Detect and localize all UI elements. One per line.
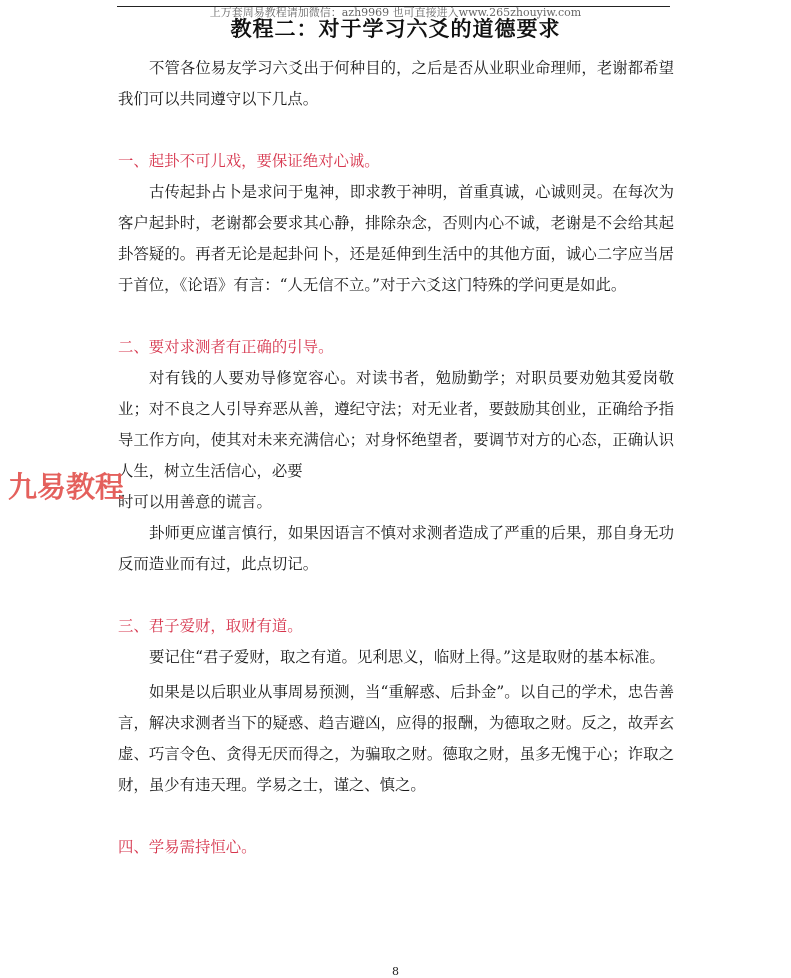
- section-heading-2: 二、要对求测者有正确的引导。: [118, 332, 674, 363]
- page-number: 8: [0, 966, 791, 978]
- watermark-logo: 九易教程: [8, 470, 124, 504]
- section-2-paragraph-2: 时可以用善意的谎言。: [118, 487, 674, 518]
- section-2-paragraph-3: 卦师更应谨言慎行，如果因语言不慎对求测者造成了严重的后果，那自身无功反而造业而有…: [118, 518, 674, 580]
- intro-paragraph: 不管各位易友学习六爻出于何种目的，之后是否从业职业命理师，老谢都希望我们可以共同…: [118, 53, 674, 115]
- spacer: [118, 580, 674, 611]
- page-title: 教程二：对于学习六爻的道德要求: [0, 16, 791, 42]
- spacer: [118, 801, 674, 832]
- document-body: 不管各位易友学习六爻出于何种目的，之后是否从业职业命理师，老谢都希望我们可以共同…: [118, 53, 674, 863]
- spacer: [118, 115, 674, 146]
- section-heading-3: 三、君子爱财，取财有道。: [118, 611, 674, 642]
- section-heading-1: 一、起卦不可儿戏，要保证绝对心诚。: [118, 146, 674, 177]
- spacer: [118, 301, 674, 332]
- section-2-paragraph-1: 对有钱的人要劝导修宽容心。对读书者，勉励勤学；对职员要劝勉其爱岗敬业；对不良之人…: [118, 363, 674, 487]
- section-3-paragraph-1: 要记住“君子爱财，取之有道。见利思义，临财上得。”这是取财的基本标准。: [118, 642, 674, 673]
- section-heading-4: 四、学易需持恒心。: [118, 832, 674, 863]
- section-3-paragraph-2: 如果是以后职业从事周易预测，当“重解惑、后卦金”。以自己的学术，忠告善言，解决求…: [118, 677, 674, 801]
- section-1-paragraph-1: 古传起卦占卜是求问于鬼神，即求教于神明，首重真诚，心诚则灵。在每次为客户起卦时，…: [118, 177, 674, 301]
